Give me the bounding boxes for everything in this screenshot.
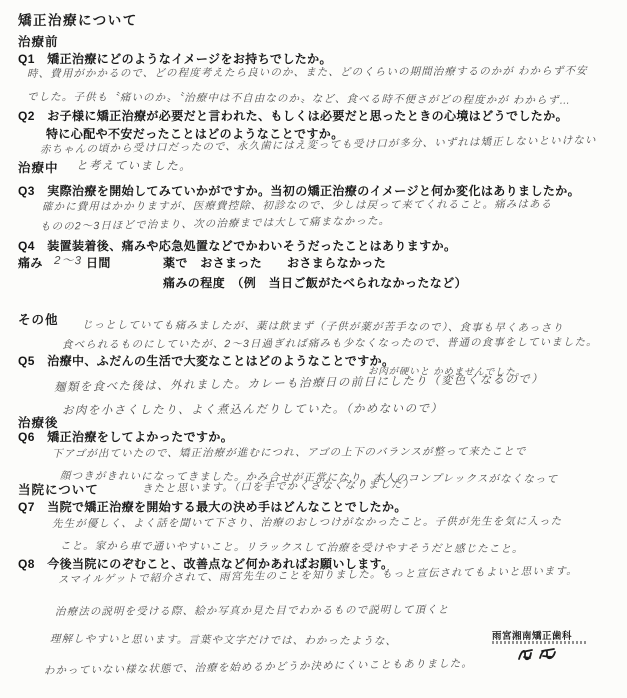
page-title: 矯正治療について bbox=[18, 9, 138, 29]
question-q2: Q2 お子様に矯正治療が必要だと言われた、もしくは必要だと思ったときの心境はどう… bbox=[18, 107, 568, 124]
section-during: 治療中 bbox=[18, 158, 59, 176]
answer-other-line2: 食べられるものにしていたが、2〜3日過ぎれば痛みも少なくなったので、普通の食事を… bbox=[62, 334, 598, 352]
answer-q8-line2: 治療法の説明を受ける際、絵か写真か見た目でわかるもので説明して頂くと bbox=[55, 602, 449, 619]
section-other: その他 bbox=[18, 310, 59, 328]
answer-other-line1: じっとしていても痛みましたが、薬は飲まず（子供が薬が苦手なので）、食事も早くあっ… bbox=[82, 317, 564, 335]
q4-days-label: 日間 bbox=[86, 254, 111, 271]
q4-days-handwritten: 2〜3 bbox=[54, 252, 83, 268]
question-q4: Q4 装置装着後、痛みや応急処置などでかわいそうだったことはありますか。 bbox=[18, 237, 456, 254]
signature-handwriting bbox=[516, 645, 560, 665]
stamp-subtext-line bbox=[492, 641, 588, 644]
answer-q7-line1: 先生が優しく、よく話を聞いて下さり、治療のおしつけがなかったこと。子供が先生を気… bbox=[52, 513, 562, 531]
question-q5: Q5 治療中、ふだんの生活で大変なことはどのようなことですか。 bbox=[18, 352, 394, 369]
answer-q7-line2: こと。家から車で通いやすいこと。リラックスして治療を受けやすそうだと感じたこと。 bbox=[60, 538, 524, 556]
answer-q3-line2: ものの2〜3日ほどで治まり、次の治療までは大して痛まなかった。 bbox=[40, 213, 390, 234]
q4-pain-label: 痛み bbox=[18, 254, 43, 271]
answer-q8-line4: わかっていない様な状態で、治療を始めるかどうか決めにくいこともありました。 bbox=[44, 656, 473, 678]
clinic-stamp: 雨宮湘南矯正歯科 bbox=[492, 628, 572, 642]
answer-q6-line1: 下アゴが出ていたので、矯正治療が進むにつれ、アゴの上下のバランスが整って来たこと… bbox=[52, 444, 527, 461]
answer-q2-line2: と考えていました。 bbox=[76, 157, 192, 174]
answer-q1-line1: 時、費用がかかるので、どの程度考えたら良いのか、また、どのくらいの期間治療するの… bbox=[27, 63, 588, 81]
section-clinic: 当院について bbox=[18, 480, 99, 498]
q4-medicine-options: 薬で おさまった おさまらなかった bbox=[163, 254, 386, 271]
question-q6: Q6 矯正治療をしてよかったですか。 bbox=[18, 428, 233, 445]
answer-q8-line3: 理解しやすいと思います。言葉や文字だけでは、わかったような、 bbox=[50, 631, 397, 648]
answer-q1-line2: でした。子供も〝痛いのか〟〝治療中は不自由なのか〟など、食べる時不便さがどの程度… bbox=[27, 89, 571, 108]
scanned-questionnaire: 矯正治療について 治療前 Q1 矯正治療にどのようなイメージをお持ちでしたか。 … bbox=[0, 0, 627, 698]
q4-pain-degree: 痛みの程度 （例 当日ご飯がたべられなかったなど） bbox=[163, 274, 467, 291]
question-q7: Q7 当院で矯正治療を開始する最大の決め手はどんなことでしたか。 bbox=[18, 498, 407, 515]
answer-q5-line2: お肉を小さくしたり、よく煮込んだりしていた。（かめないので） bbox=[62, 400, 443, 418]
answer-q3-line1: 確かに費用はかかりますが、医療費控除、初診なので、少しは戻って来てくれること。痛… bbox=[42, 196, 552, 214]
answer-q5-line1: 麺類を食べた後は、外れました。カレーも治療日の前日にしたり（変色くなるので） bbox=[54, 370, 544, 395]
section-before: 治療前 bbox=[18, 32, 59, 50]
